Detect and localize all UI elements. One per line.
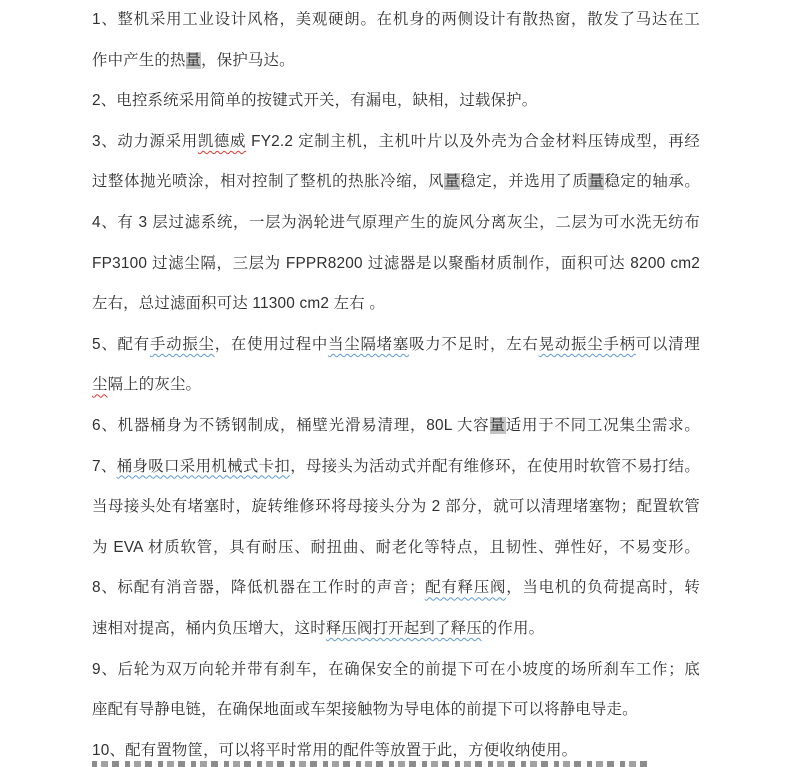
search-highlight-run: 量	[186, 52, 202, 69]
text-run: 6、机器桶身为不锈钢制成，桶壁光滑易清理，80L 大容	[92, 417, 490, 434]
text-line[interactable]: 1、整机采用工业设计风格，美观硬朗。在机身的两侧设计有散热窗，散发了马达在工	[92, 0, 700, 41]
text-line[interactable]: 2、电控系统采用简单的按键式开关，有漏电，缺相，过载保护。	[92, 81, 700, 122]
text-run: 作中产生的热	[92, 52, 186, 69]
search-highlight-run: 量	[444, 173, 460, 190]
text-line[interactable]: 尘隔上的灰尘。	[92, 365, 700, 406]
grammar-flag-run[interactable]: 配有释压阀	[425, 579, 507, 596]
text-run: 稳定的轴承。	[604, 173, 700, 190]
text-line[interactable]: 为 EVA 材质软管，具有耐压、耐扭曲、耐老化等特点，且韧性、弹性好，不易变形。	[92, 528, 700, 569]
document-page: 1、整机采用工业设计风格，美观硬朗。在机身的两侧设计有散热窗，散发了马达在工作中…	[0, 0, 790, 767]
text-run: 9、后轮为双万向轮并带有刹车，在确保安全的前提下可在小坡度的场所刹车工作；底	[92, 661, 700, 678]
text-body: 1、整机采用工业设计风格，美观硬朗。在机身的两侧设计有散热窗，散发了马达在工作中…	[92, 0, 700, 767]
text-run: 可以清理	[636, 336, 700, 353]
grammar-flag-run[interactable]: 当尘隔堵塞	[328, 336, 409, 353]
grammar-flag-run[interactable]: 释压阀打开起到了释压	[326, 620, 482, 637]
text-run: 1、整机采用工业设计风格，美观硬朗。在机身的两侧设计有散热窗，散发了马达在工	[92, 11, 700, 28]
text-line[interactable]: FP3100 过滤尘隔，三层为 FPPR8200 过滤器是以聚酯材质制作，面积可…	[92, 244, 700, 285]
text-run: 为 EVA 材质软管，具有耐压、耐扭曲、耐老化等特点，且韧性、弹性好，不易变形。	[92, 539, 700, 556]
text-run: 2、电控系统采用简单的按键式开关，有漏电，缺相，过载保护。	[92, 92, 537, 109]
search-highlight-run: 量	[588, 173, 604, 190]
text-line[interactable]: 9、后轮为双万向轮并带有刹车，在确保安全的前提下可在小坡度的场所刹车工作；底	[92, 650, 700, 691]
text-run: 左右，总过滤面积可达 11300 cm2 左右 。	[92, 295, 385, 312]
text-run: 稳定，并选用了质	[460, 173, 588, 190]
text-run: 过整体抛光喷涂，相对控制了整机的热胀冷缩，风	[92, 173, 444, 190]
text-line[interactable]: 速相对提高，桶内负压增大，这时释压阀打开起到了释压的作用。	[92, 609, 700, 650]
text-run: 的作用。	[482, 620, 544, 637]
text-run: FY2.2 定制主机，主机叶片以及外壳为合金材料压铸成型，再经	[246, 133, 700, 150]
text-line[interactable]: 6、机器桶身为不锈钢制成，桶壁光滑易清理，80L 大容量适用于不同工况集尘需求。	[92, 406, 700, 447]
text-run: 8、标配有消音器，降低机器在工作时的声音；	[92, 579, 425, 596]
text-line[interactable]: 8、标配有消音器，降低机器在工作时的声音；配有释压阀，当电机的负荷提高时，转	[92, 568, 700, 609]
text-run: 4、有 3 层过滤系统，一层为涡轮进气原理产生的旋风分离灰尘，二层为可水洗无纺布	[92, 214, 700, 231]
text-run: 10、配有置物筐，可以将平时常用的配件等放置于此，方便收纳使用。	[92, 742, 577, 759]
grammar-flag-run[interactable]: 手动振尘	[150, 336, 215, 353]
text-run: ，当电机的负荷提高时，转	[506, 579, 700, 596]
text-run: ，保护马达。	[201, 52, 295, 69]
text-run: 当母接头处有堵塞时，旋转维修环将母接头分为 2 部分，就可以清理堵塞物；配置软管	[92, 498, 700, 515]
text-line[interactable]: 作中产生的热量，保护马达。	[92, 41, 700, 82]
text-line[interactable]: 4、有 3 层过滤系统，一层为涡轮进气原理产生的旋风分离灰尘，二层为可水洗无纺布	[92, 203, 700, 244]
grammar-flag-run[interactable]: 晃动振尘手柄	[539, 336, 636, 353]
text-run: ，母接头为活动式并配有维修环，在使用时软管不易打结。	[290, 458, 700, 475]
text-run: 5、配有	[92, 336, 150, 353]
text-run: FP3100 过滤尘隔，三层为 FPPR8200 过滤器是以聚酯材质制作，面积可…	[92, 255, 700, 272]
text-line[interactable]: 过整体抛光喷涂，相对控制了整机的热胀冷缩，风量稳定，并选用了质量稳定的轴承。	[92, 162, 700, 203]
cut-off-text-row	[92, 761, 648, 767]
text-run: 座配有导静电链，在确保地面或车架接触物为导电体的前提下可以将静电导走。	[92, 701, 638, 718]
text-run: 适用于不同工况集尘需求。	[506, 417, 700, 434]
text-run: 7、	[92, 458, 117, 475]
text-line[interactable]: 座配有导静电链，在确保地面或车架接触物为导电体的前提下可以将静电导走。	[92, 690, 700, 731]
text-run: 速相对提高，桶内负压增大，这时	[92, 620, 326, 637]
misspelling-run[interactable]: 尘	[92, 376, 108, 393]
text-line[interactable]: 左右，总过滤面积可达 11300 cm2 左右 。	[92, 284, 700, 325]
text-line[interactable]: 5、配有手动振尘，在使用过程中当尘隔堵塞吸力不足时，左右晃动振尘手柄可以清理	[92, 325, 700, 366]
text-line[interactable]: 7、桶身吸口采用机械式卡扣，母接头为活动式并配有维修环，在使用时软管不易打结。	[92, 447, 700, 488]
text-run: ，在使用过程中	[215, 336, 328, 353]
grammar-flag-run[interactable]: 桶身吸口采用机械式卡扣	[117, 458, 290, 475]
text-line[interactable]: 当母接头处有堵塞时，旋转维修环将母接头分为 2 部分，就可以清理堵塞物；配置软管	[92, 487, 700, 528]
search-highlight-run: 量	[490, 417, 506, 434]
text-line[interactable]: 3、动力源采用凯德威 FY2.2 定制主机，主机叶片以及外壳为合金材料压铸成型，…	[92, 122, 700, 163]
text-run: 3、动力源采用	[92, 133, 198, 150]
text-run: 隔上的灰尘。	[108, 376, 202, 393]
text-run: 吸力不足时，左右	[409, 336, 539, 353]
misspelling-run[interactable]: 凯德威	[198, 133, 246, 150]
